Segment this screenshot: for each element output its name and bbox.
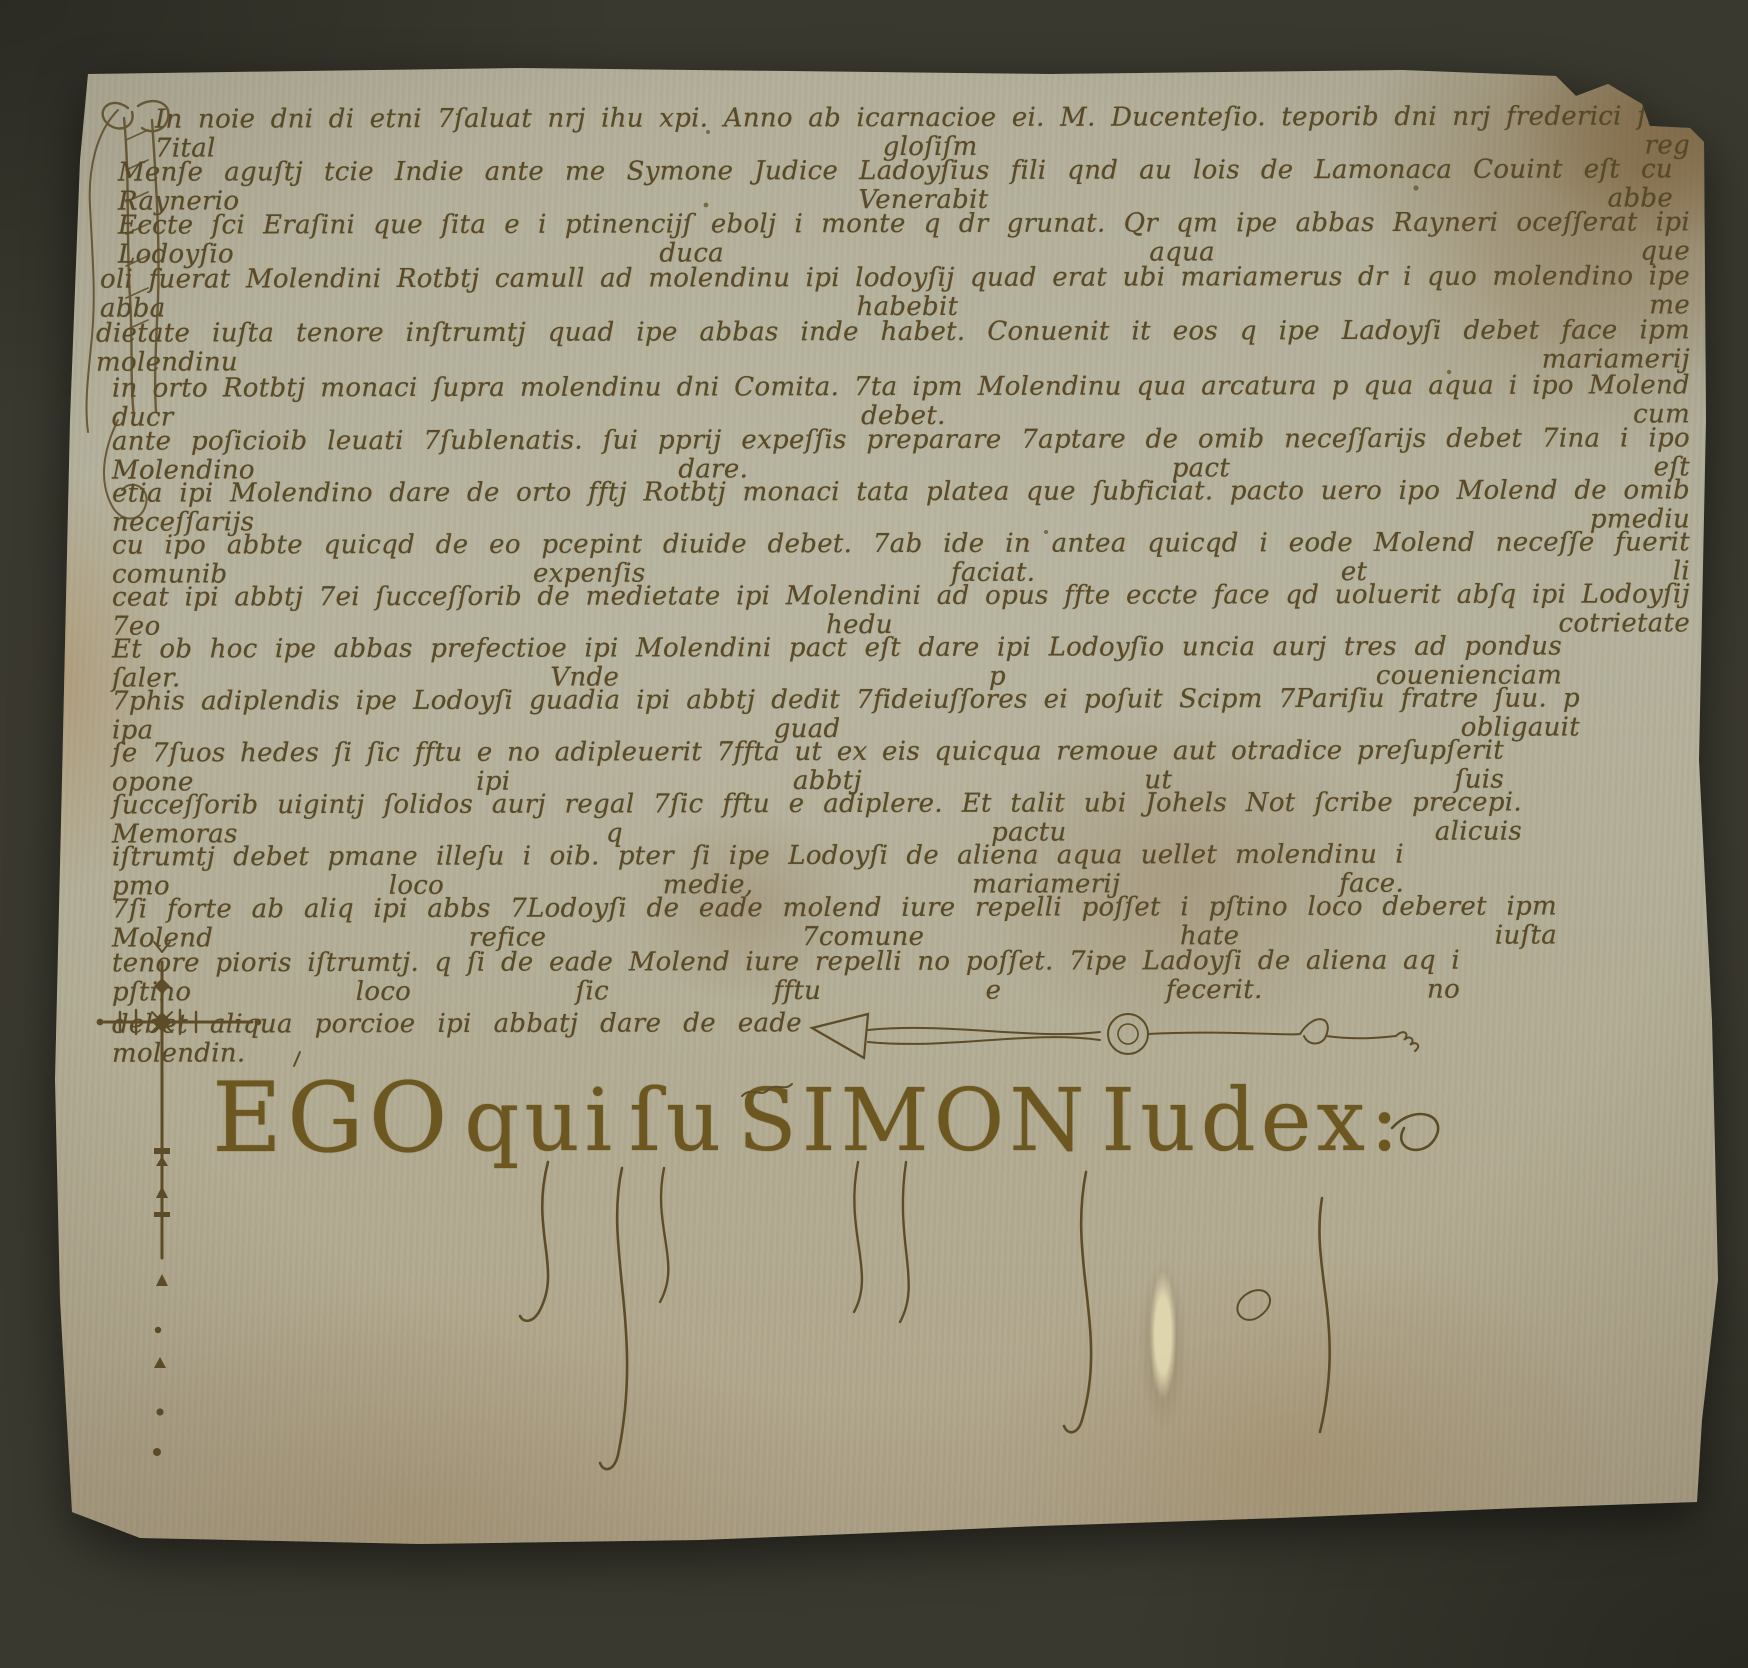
signature-word-ego: EGO bbox=[212, 1070, 452, 1166]
parchment-sheet: In noie dni di etni 7ſaluat nrj ihu xpi.… bbox=[0, 0, 1748, 1668]
photo-of-parchment-charter: In noie dni di etni 7ſaluat nrj ihu xpi.… bbox=[0, 0, 1748, 1668]
signature-word-iudex: Iudex: bbox=[1101, 1078, 1404, 1164]
manuscript-line: Eccte ſci Eraſini que ſita e i ptinencij… bbox=[118, 208, 1690, 268]
signature-word-simon: SIMON bbox=[738, 1078, 1090, 1164]
parchment-slit-repair bbox=[1118, 1245, 1208, 1445]
manuscript-line: 7ſi forte ab aliq ipi abbs 7Lodoyſi de e… bbox=[112, 892, 1557, 952]
manuscript-line: dietate iuſta tenore inſtrumtj quad ipe … bbox=[96, 316, 1690, 377]
manuscript-line: in orto Rotbtj monaci ſupra molendinu dn… bbox=[112, 371, 1690, 431]
manuscript-line: Menſe aguſtj tcie Indie ante me Symone J… bbox=[118, 155, 1673, 215]
notary-subscription-line: EGO qui ſu SIMON Iudex: bbox=[212, 1078, 1404, 1166]
manuscript-line: tenore pioris iſtrumtj. q ſi de eade Mol… bbox=[112, 947, 1460, 1007]
signature-word-qui: qui bbox=[464, 1078, 617, 1164]
line-filler-flourish bbox=[812, 1014, 1418, 1058]
manuscript-line: debet aliqua porcioe ipi abbatj dare de … bbox=[112, 1009, 802, 1068]
signature-word-su: ſu bbox=[629, 1078, 726, 1164]
parchment-shadow-wrap: In noie dni di etni 7ſaluat nrj ihu xpi.… bbox=[0, 0, 1748, 1668]
manuscript-line: oli fuerat Molendini Rotbtj camull ad mo… bbox=[100, 262, 1690, 323]
manuscript-line: In noie dni di etni 7ſaluat nrj ihu xpi.… bbox=[155, 102, 1690, 162]
